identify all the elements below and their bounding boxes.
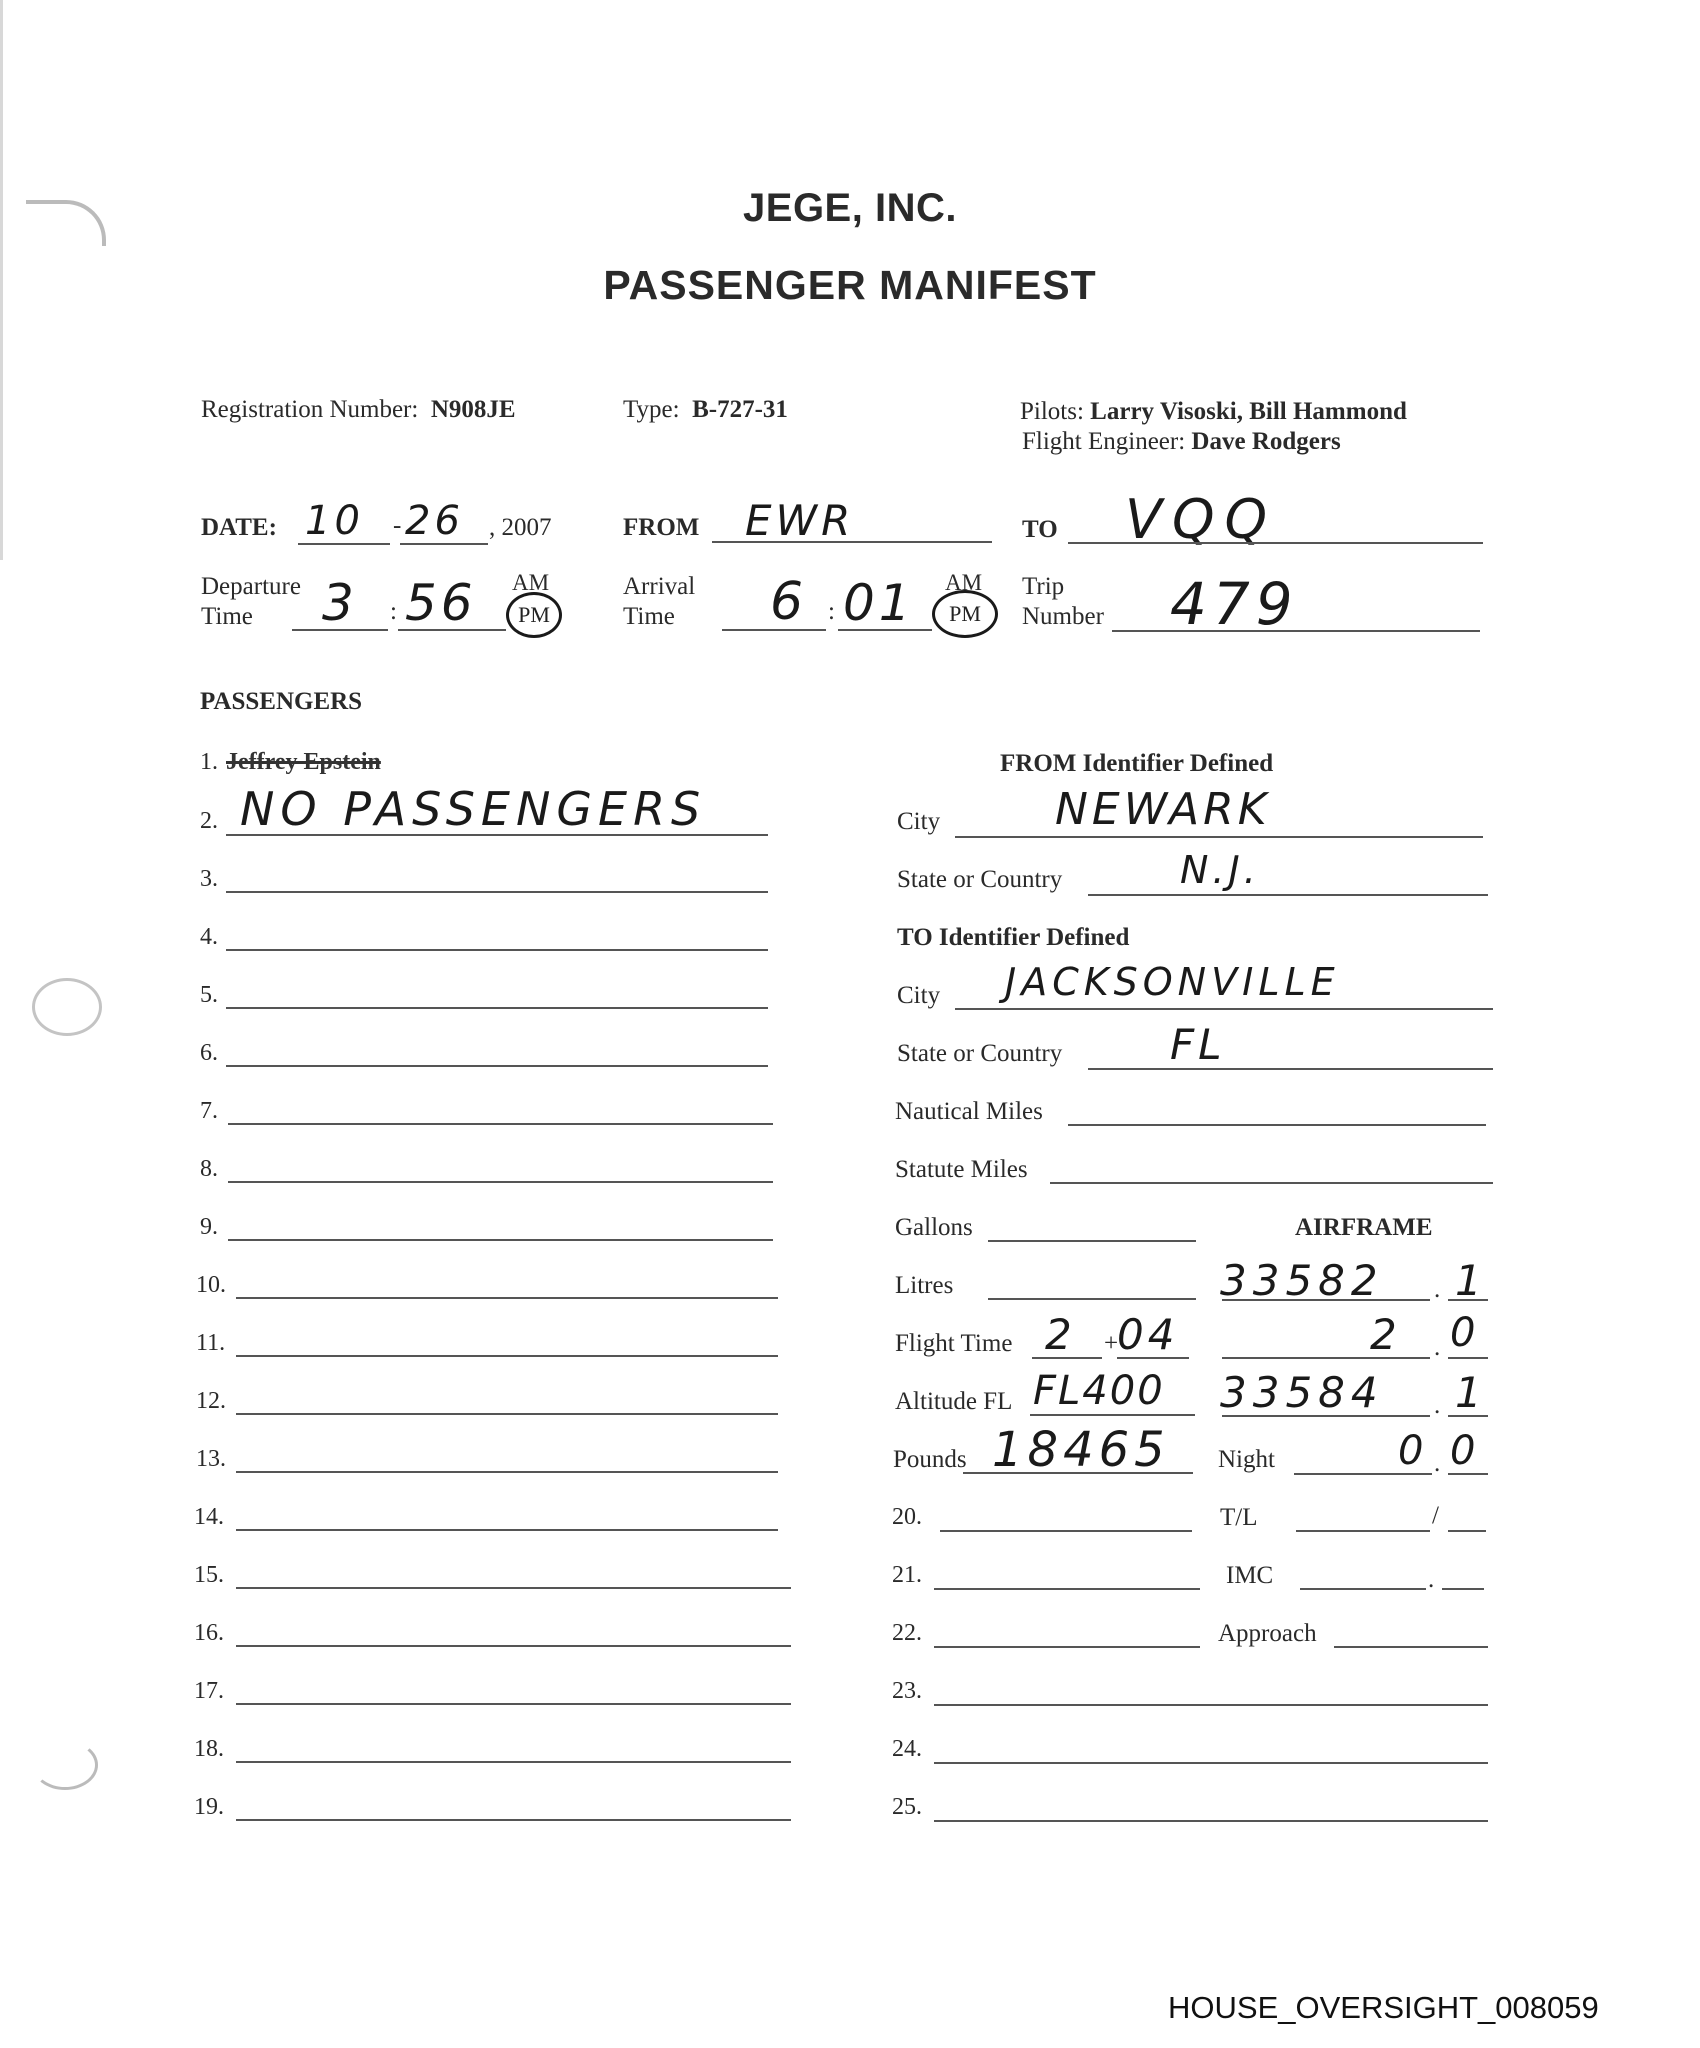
passenger-number: 12. [196,1388,226,1415]
passenger-1-struck-name[interactable]: Jeffrey Epstein [226,749,381,776]
to-state-value[interactable]: FL [1170,1020,1226,1069]
passenger-number: 9. [200,1214,218,1241]
passenger-number: 16. [194,1620,224,1647]
approach-input[interactable] [1334,1646,1488,1648]
passenger-number: 15. [194,1562,224,1589]
tl-input-2[interactable] [1448,1530,1486,1532]
from-identifier-heading: FROM Identifier Defined [1000,750,1273,778]
passenger-14-input[interactable] [236,1529,778,1531]
passenger-number: 19. [194,1794,224,1821]
airframe-elapsed-whole[interactable]: 2 [1370,1310,1401,1359]
to-label: TO [1022,516,1058,544]
passenger-number: 1. [200,749,218,776]
passenger-number: 17. [194,1678,224,1705]
litres-input[interactable] [988,1298,1196,1300]
passenger-10-input[interactable] [236,1297,778,1299]
passenger-20-input[interactable] [940,1530,1192,1532]
type-field: Type: B-727-31 [623,396,788,424]
passenger-number: 2. [200,808,218,835]
passenger-23-input[interactable] [934,1704,1488,1706]
passenger-25-input[interactable] [934,1820,1488,1822]
arrival-pm-option-circled[interactable]: PM [932,590,998,638]
passenger-8-input[interactable] [228,1181,773,1183]
passenger-7-input[interactable] [228,1123,773,1125]
departure-time-label: Departure Time [201,572,301,632]
passenger-number: 3. [200,866,218,893]
passenger-number: 5. [200,982,218,1009]
arrival-hour[interactable]: 6 [770,572,807,632]
imc-separator: . [1428,1566,1434,1594]
flight-time-plus: + [1104,1330,1118,1358]
airframe-heading: AIRFRAME [1295,1214,1433,1242]
from-label: FROM [623,514,699,542]
type-value: B-727-31 [692,396,788,423]
gallons-input[interactable] [988,1240,1196,1242]
passenger-9-input[interactable] [228,1239,773,1241]
airframe-dot: . [1434,1450,1440,1478]
punch-hole-bottom [32,1740,98,1790]
airframe-elapsed-tenth[interactable]: 0 [1450,1310,1479,1356]
date-label: DATE: [201,514,277,542]
pilots-field: Pilots: Larry Visoski, Bill Hammond [1020,398,1407,426]
pilots-value: Larry Visoski, Bill Hammond [1090,398,1407,425]
nautical-miles-input[interactable] [1068,1124,1486,1126]
passenger-number: 14. [194,1504,224,1531]
to-city-label: City [897,982,940,1010]
airframe-start-tenth[interactable]: 1 [1455,1256,1486,1305]
type-label: Type: [623,396,680,423]
statute-miles-input[interactable] [1050,1182,1493,1184]
passenger-3-input[interactable] [226,891,768,893]
departure-minute[interactable]: 56 [405,574,477,632]
statute-miles-label: Statute Miles [895,1156,1028,1184]
from-city-value[interactable]: NEWARK [1055,784,1271,835]
imc-label: IMC [1226,1562,1273,1590]
passenger-13-input[interactable] [236,1471,778,1473]
to-city-value[interactable]: JACKSONVILLE [1005,960,1340,1004]
passenger-number: 20. [892,1504,922,1531]
registration-value: N908JE [431,396,516,423]
night-tenth[interactable]: 0 [1450,1428,1479,1474]
arrival-minute[interactable]: 01 [843,574,915,632]
airframe-end-whole[interactable]: 33584 [1220,1368,1384,1417]
passenger-number: 22. [892,1620,922,1647]
tl-separator: / [1432,1502,1439,1530]
from-value[interactable]: EWR [745,496,854,545]
passengers-heading: PASSENGERS [200,688,362,716]
passenger-2-value[interactable]: NO PASSENGERS [240,782,706,836]
pilots-label: Pilots: [1020,398,1084,425]
company-name: JEGE, INC. [0,186,1700,231]
approach-label: Approach [1218,1620,1317,1648]
passenger-number: 18. [194,1736,224,1763]
pounds-value[interactable]: 18465 [992,1422,1170,1478]
flight-time-label: Flight Time [895,1330,1012,1358]
flight-time-minutes[interactable]: 04 [1117,1310,1178,1359]
arrival-colon: : [828,598,835,626]
passenger-number: 21. [892,1562,922,1589]
airframe-start-whole[interactable]: 33582 [1220,1256,1384,1305]
to-state-label: State or Country [897,1040,1062,1068]
passenger-5-input[interactable] [226,1007,768,1009]
arrival-time-label: Arrival Time [623,572,695,632]
departure-pm-option-circled[interactable]: PM [506,592,562,638]
date-year: , 2007 [489,514,552,542]
passenger-18-input[interactable] [236,1761,791,1763]
night-whole[interactable]: 0 [1398,1428,1427,1474]
passenger-16-input[interactable] [236,1645,791,1647]
from-state-label: State or Country [897,866,1062,894]
passenger-22-input[interactable] [934,1646,1200,1648]
engineer-value: Dave Rodgers [1191,428,1340,455]
bates-number: HOUSE_OVERSIGHT_008059 [1168,1990,1599,2026]
passenger-15-input[interactable] [236,1587,791,1589]
date-month[interactable]: 10 [305,498,364,544]
trip-number-value[interactable]: 479 [1170,570,1299,638]
night-label: Night [1218,1446,1275,1474]
passenger-12-input[interactable] [236,1413,778,1415]
departure-colon: : [390,598,397,626]
airframe-dot: . [1434,1334,1440,1362]
passenger-19-input[interactable] [236,1819,791,1821]
pounds-label: Pounds [893,1446,967,1474]
passenger-number: 24. [892,1736,922,1763]
imc-input-1[interactable] [1300,1588,1426,1590]
passenger-number: 4. [200,924,218,951]
passenger-number: 7. [200,1098,218,1125]
passenger-4-input[interactable] [226,949,768,951]
passenger-number: 13. [196,1446,226,1473]
passenger-11-input[interactable] [236,1355,778,1357]
litres-label: Litres [895,1272,953,1300]
passenger-number: 25. [892,1794,922,1821]
registration-field: Registration Number: N908JE [201,396,516,424]
flight-time-hours[interactable]: 2 [1045,1310,1076,1359]
imc-input-2[interactable] [1442,1588,1484,1590]
passenger-17-input[interactable] [236,1703,791,1705]
passenger-21-input[interactable] [934,1588,1200,1590]
to-identifier-heading: TO Identifier Defined [897,924,1129,952]
registration-label: Registration Number: [201,396,418,423]
engineer-label: Flight Engineer: [1022,428,1185,455]
passenger-number: 8. [200,1156,218,1183]
date-separator: - [393,512,401,540]
airframe-end-tenth[interactable]: 1 [1455,1368,1486,1417]
altitude-value[interactable]: FL400 [1033,1368,1165,1414]
date-day[interactable]: 26 [405,498,464,544]
airframe-dot: . [1434,1276,1440,1304]
nautical-miles-label: Nautical Miles [895,1098,1043,1126]
passenger-6-input[interactable] [226,1065,768,1067]
from-city-label: City [897,808,940,836]
gallons-label: Gallons [895,1214,973,1242]
passenger-number: 6. [200,1040,218,1067]
passenger-number: 11. [196,1330,225,1357]
passenger-number: 10. [196,1272,226,1299]
passenger-24-input[interactable] [934,1762,1488,1764]
airframe-dot: . [1434,1392,1440,1420]
passenger-number: 23. [892,1678,922,1705]
document-title: PASSENGER MANIFEST [0,262,1700,309]
departure-hour[interactable]: 3 [322,574,358,632]
altitude-label: Altitude FL [895,1388,1012,1416]
trip-number-label: Trip Number [1022,572,1104,632]
engineer-field: Flight Engineer: Dave Rodgers [1022,428,1341,456]
tl-label: T/L [1220,1504,1258,1532]
from-state-value[interactable]: N.J. [1180,848,1260,892]
punch-hole-top [32,978,102,1036]
tl-input-1[interactable] [1296,1530,1430,1532]
